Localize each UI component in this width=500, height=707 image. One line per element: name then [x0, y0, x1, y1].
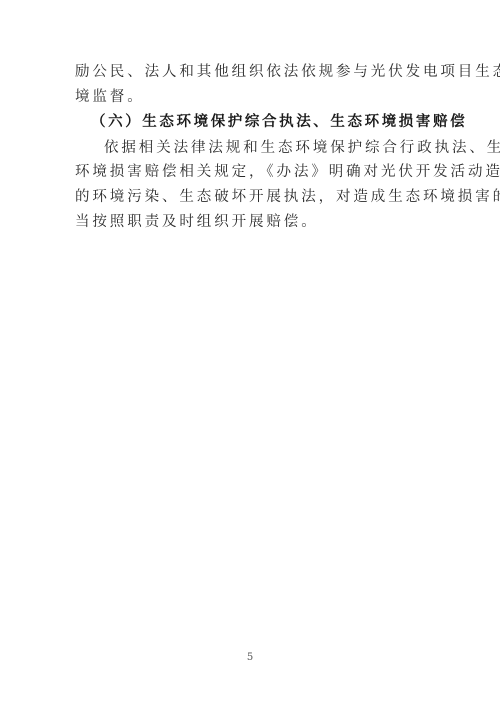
section-heading: （六）生态环境保护综合执法、生态环境损害赔偿	[91, 113, 443, 131]
paragraph-line: 当按照职责及时组织开展赔偿。	[75, 213, 427, 231]
paragraph-line: 环境损害赔偿相关规定，《办法》明确对光伏开发活动造成	[75, 163, 427, 181]
paragraph-line: 境监督。	[75, 88, 427, 106]
paragraph-line: 依据相关法律法规和生态环境保护综合行政执法、生态	[104, 139, 456, 157]
paragraph-line: 的环境污染、生态破坏开展执法，对造成生态环境损害的应	[75, 188, 427, 206]
paragraph-line: 励公民、法人和其他组织依法依规参与光伏发电项目生态环	[75, 63, 427, 81]
document-page: 励公民、法人和其他组织依法依规参与光伏发电项目生态环 境监督。 （六）生态环境保…	[0, 0, 500, 707]
page-number: 5	[0, 652, 500, 663]
